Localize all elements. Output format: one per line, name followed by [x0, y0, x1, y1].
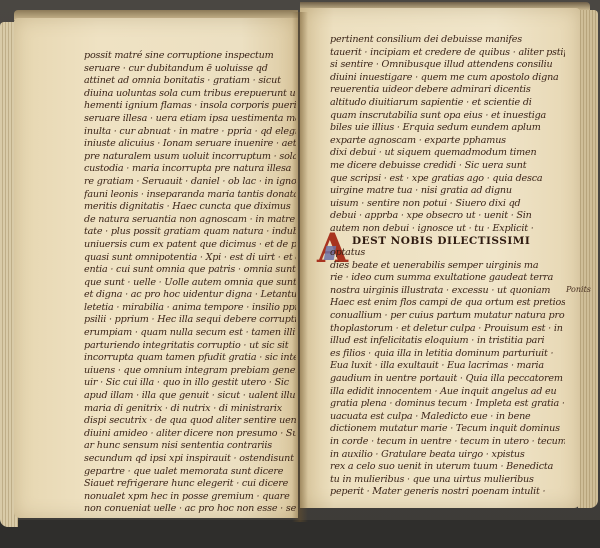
manuscript-line: dixi debui · ut siquem quemadmodum timen — [330, 147, 565, 160]
manuscript-line: pre naturalem usum uoluit incorruptum · … — [84, 151, 296, 164]
manuscript-line: si sentire · Omnibusque illud attendens … — [330, 59, 565, 72]
manuscript-line: erumpiam · quam nulla secum est · tamen … — [84, 327, 296, 340]
manuscript-line: secundum qd ipsi xpi inspirauit · ostend… — [84, 453, 296, 466]
manuscript-line: in corde · tecum in uentre · tecum in ut… — [330, 436, 565, 449]
manuscript-line: attinet ad omnia bonitatis · gratiam · s… — [84, 75, 296, 88]
manuscript-line: illud est infelicitatis eloquium · in tr… — [330, 335, 565, 348]
manuscript-line: seruare illesa · uera etiam ipsa uestime… — [84, 113, 296, 126]
manuscript-line: reuerentia uideor debere admirari dicent… — [330, 84, 565, 97]
manuscript-line: incorrupta quam tamen pfudit gratia · si… — [84, 352, 296, 365]
manuscript-line: rie · ideo cum summa exultatione gaudeat… — [330, 272, 565, 285]
manuscript-line: tauerit · incipiam et credere de quibus … — [330, 47, 565, 60]
manuscript-line: peperit · Mater generis nostri poenam in… — [330, 486, 565, 499]
manuscript-line: inulta · cur abnuat · in matre · ppria ·… — [84, 126, 296, 139]
book-cover-edge — [0, 520, 600, 548]
manuscript-line: me dicere debuisse credidi · Sic uera su… — [330, 160, 565, 173]
manuscript-line: Eua luxit · illa exultauit · Eua lacrima… — [330, 360, 565, 373]
manuscript-line: dictionem mutatur marie · Tecum inquit d… — [330, 423, 565, 436]
manuscript-line: non conueniat uelle · ac pro hoc non ess… — [84, 503, 296, 516]
manuscript-line: parturiendo integritatis corruptio · ut … — [84, 340, 296, 353]
manuscript-line: uniuersis cum ex patent que dicimus · et… — [84, 239, 296, 252]
manuscript-line: que sunt · uelle · Uolle autem omnia que… — [84, 277, 296, 290]
manuscript-line: uisum · sentire non potui · Siuero dixi … — [330, 198, 565, 211]
manuscript-line: gepartre · que ualet memorata sunt dicer… — [84, 466, 296, 479]
manuscript-line: uiuens · que omnium integram prebiam gen… — [84, 365, 296, 378]
manuscript-line: maria di genitrix · di nutrix · di minis… — [84, 403, 296, 416]
manuscript-line: altitudo diuitiarum sapientie · et scien… — [330, 97, 565, 110]
manuscript-line: uirgine matre tua · nisi gratia ad dignu — [330, 185, 565, 198]
manuscript-line: rex a celo suo uenit in uterum tuum · Be… — [330, 461, 565, 474]
right-page-text: pertinent consilium dei debuisse manifes… — [330, 34, 565, 236]
manuscript-line: dispi secutrix · de qua quod aliter sent… — [84, 415, 296, 428]
sermon-heading: DEST NOBIS DILECTISSIMI — [352, 235, 530, 247]
manuscript-line: diuini amideo · aliter dicere non presum… — [84, 428, 296, 441]
manuscript-line: nonualet xpm hec in posse gremium · quar… — [84, 491, 296, 504]
manuscript-line: exparte agnoscam · exparte pphamus — [330, 135, 565, 148]
manuscript-line: nostra uirginis illustrata · excessu · u… — [330, 285, 565, 298]
right-page-edges — [578, 10, 598, 508]
manuscript-line: tate · plus possit gratiam quam natura ·… — [84, 226, 296, 239]
manuscript-line: meritis dignitatis · Haec cuncta que dix… — [84, 201, 296, 214]
manuscript-line: biles uie illius · Erquia sedum eundem a… — [330, 122, 565, 135]
manuscript-line: tu in mulieribus · que una uirtus mulier… — [330, 474, 565, 487]
manuscript-line: possit matré sine corruptione inspectum — [84, 50, 296, 63]
manuscript-line: gratia plena · dominus tecum · Impleta e… — [330, 398, 565, 411]
manuscript-line: dies beate et uenerabilis semper uirgini… — [330, 260, 565, 273]
manuscript-line: entia · cui sunt omnia que patris · omni… — [84, 264, 296, 277]
manuscript-line: ar hunc sensum nisi sententia contrariis — [84, 440, 296, 453]
manuscript-line: gaudium in uentre portauit · Quia illa p… — [330, 373, 565, 386]
margin-annotation: Ponits — [566, 285, 591, 294]
manuscript-line: diuina uoluntas sola cum tribus erepueru… — [84, 88, 296, 101]
sermon-text: optatusdies beate et uenerabilis semper … — [330, 247, 565, 499]
manuscript-line: et digna · ac pro hoc uidentur digna · L… — [84, 289, 296, 302]
manuscript-line: pertinent consilium dei debuisse manifes — [330, 34, 565, 47]
manuscript-line: conuallium · per cuius partum mutatur na… — [330, 310, 565, 323]
manuscript-line: custodia · maria incorrupta pre natura i… — [84, 163, 296, 176]
manuscript-line: seruare · cur dubitandum ē uoluisse qd — [84, 63, 296, 76]
manuscript-line: autem non debui · ignosce ut · tu · Expl… — [330, 223, 565, 236]
manuscript-line: fauni leonis · inseparanda maria tantis … — [84, 189, 296, 202]
manuscript-line: thoplastorum · et deletur culpa · Prouis… — [330, 323, 565, 336]
manuscript-line: uir · Sic cui illa · quo in illo gestit … — [84, 377, 296, 390]
manuscript-line: quasi sunt omnipotentia · Xpi · est di u… — [84, 252, 296, 265]
manuscript-line: in auxilio · Gratulare beata uirgo · xpi… — [330, 449, 565, 462]
manuscript-line: debui · apprba · xpe obsecro ut · uenit … — [330, 210, 565, 223]
left-page-text: possit matré sine corruptione inspectums… — [84, 50, 296, 516]
manuscript-line: iniuste alicuius · Ionam seruare inuenir… — [84, 138, 296, 151]
manuscript-line: Siauet refrigerare hunc elegerit · cui d… — [84, 478, 296, 491]
manuscript-line: optatus — [330, 247, 565, 260]
manuscript-line: que scripsi · est · xpe gratias ago · qu… — [330, 173, 565, 186]
manuscript-line: hementi ignium flamas · insola corporis … — [84, 100, 296, 113]
manuscript-line: letetia · mirabilia · anima tempore · in… — [84, 302, 296, 315]
manuscript-line: quam inscrutabilia sunt opa eius · et in… — [330, 110, 565, 123]
manuscript-line: apud illam · illa que genuit · sicut · u… — [84, 390, 296, 403]
manuscript-line: diuini inuestigare · quem me cum apostol… — [330, 72, 565, 85]
manuscript-line: uacuata est culpa · Maledicto eue · in b… — [330, 411, 565, 424]
manuscript-line: psilii · pprium · Hec illa sequi debere … — [84, 314, 296, 327]
manuscript-line: illa edidit innocentem · Aue inquit ange… — [330, 386, 565, 399]
manuscript-line: Haec est enim flos campi de qua ortum es… — [330, 297, 565, 310]
manuscript-line: es filios · quia illa in letitia dominum… — [330, 348, 565, 361]
manuscript-line: de natura seruantia non agnoscam · in ma… — [84, 214, 296, 227]
manuscript-line: re gratiam · Seruauit · daniel · ob lac … — [84, 176, 296, 189]
